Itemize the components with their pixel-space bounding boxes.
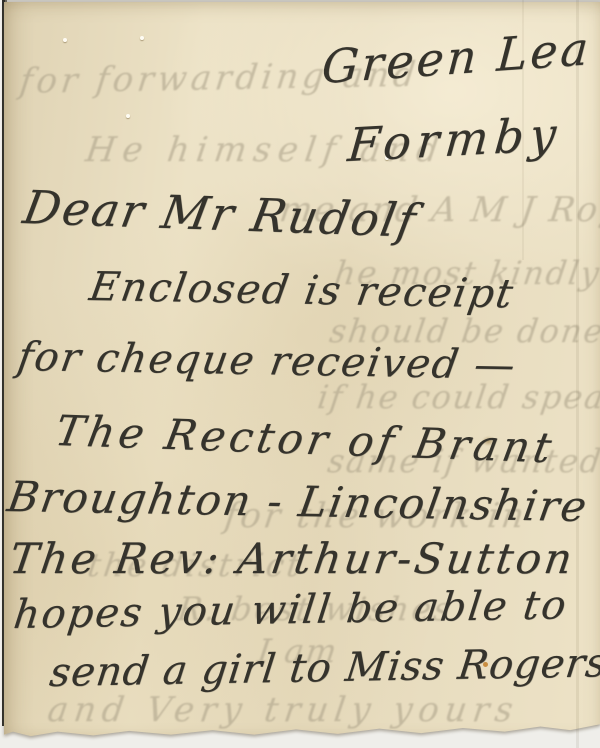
fold-crease [576,0,579,748]
body-line: The Rev: Arthur-Sutton [7,534,578,583]
letter-scan: for forwarding and He himself and me and… [0,0,600,748]
body-line: hopes you will be able to [11,582,570,638]
body-line: Broughton - Lincolnshire [4,472,592,531]
body-line: send a girl to Miss Rogers [47,640,600,696]
body-line: Enclosed is receipt [86,264,517,317]
pinhole-speck [126,114,130,118]
bleed-through-line: and Very truly yours [45,690,521,730]
pinhole-speck [63,38,67,42]
pinhole-speck [140,36,144,40]
body-line: for cheque received — [14,334,520,389]
address-line-2: Formby [346,107,565,173]
